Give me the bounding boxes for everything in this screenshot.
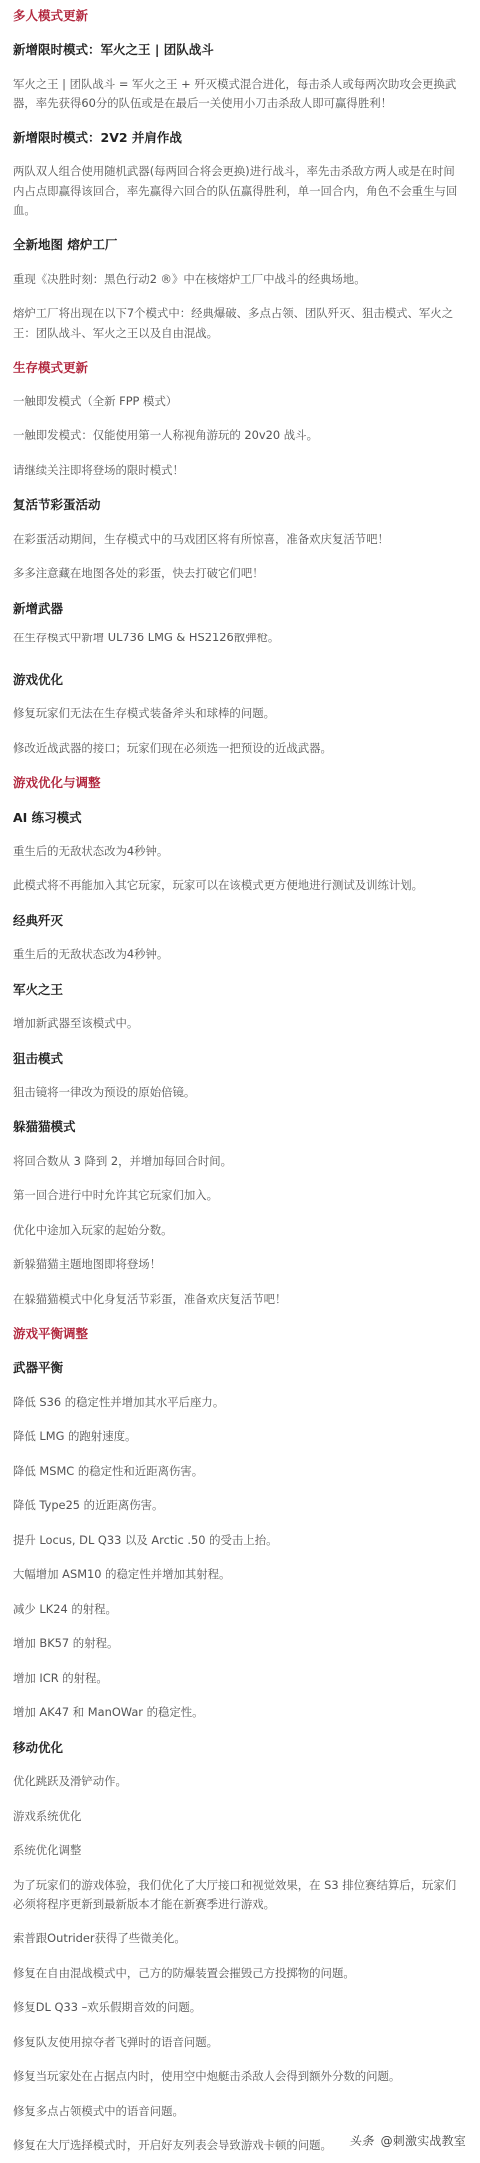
paragraph: 两队双人组合使用随机武器(每两回合将会更换)进行战斗，率先击杀敌方两人或是在时间… xyxy=(13,162,463,221)
paragraph: 优化中途加入玩家的起始分数。 xyxy=(13,1221,463,1241)
paragraph: 减少 LK24 的射程。 xyxy=(13,1600,463,1620)
subheading: 新增限时模式：军火之王 | 团队战斗 xyxy=(13,40,463,60)
section-title-multiplayer: 多人模式更新 xyxy=(13,6,463,26)
paragraph: 军火之王 | 团队战斗 = 军火之王 + 歼灭模式混合进化，每击杀人或每两次助攻… xyxy=(13,75,463,114)
section-title-survival: 生存模式更新 xyxy=(13,358,463,378)
paragraph: 修复队友使用掠夺者飞弹时的语音问题。 xyxy=(13,2033,463,2053)
subheading: 军火之王 xyxy=(13,980,463,1000)
subheading: 狙击模式 xyxy=(13,1049,463,1069)
watermark: 头条 @刺激实战教室 xyxy=(349,2132,466,2149)
subheading: AI 练习模式 xyxy=(13,808,463,828)
paragraph: 提升 Locus, DL Q33 以及 Arctic .50 的受击上抬。 xyxy=(13,1531,463,1551)
paragraph: 降低 Type25 的近距离伤害。 xyxy=(13,1496,463,1516)
paragraph: 增加 BK57 的射程。 xyxy=(13,1634,463,1654)
paragraph: 重生后的无敌状态改为4秒钟。 xyxy=(13,842,463,862)
paragraph: 增加新武器至该模式中。 xyxy=(13,1014,463,1034)
paragraph: 重现《决胜时刻：黑色行动2 ®》中在核熔炉工厂中战斗的经典场地。 xyxy=(13,270,463,290)
paragraph: 一触即发模式（全新 FPP 模式） xyxy=(13,392,463,412)
paragraph: 修复多点占领模式中的语音问题。 xyxy=(13,2102,463,2122)
paragraph: 增加 AK47 和 ManOWar 的稳定性。 xyxy=(13,1703,463,1723)
paragraph: 修复在自由混战模式中，己方的防爆装置会摧毁己方投掷物的问题。 xyxy=(13,1964,463,1984)
paragraph: 请继续关注即将登场的限时模式！ xyxy=(13,461,463,481)
subheading: 全新地图 熔炉工厂 xyxy=(13,235,463,255)
paragraph: 熔炉工厂将出现在以下7个模式中：经典爆破、多点占领、团队歼灭、狙击模式、军火之王… xyxy=(13,304,463,343)
section-title-balance: 游戏平衡调整 xyxy=(13,1324,463,1344)
paragraph: 增加 ICR 的射程。 xyxy=(13,1669,463,1689)
paragraph: 系统优化调整 xyxy=(13,1841,463,1861)
paragraph: 降低 LMG 的跑射速度。 xyxy=(13,1427,463,1447)
paragraph: 修复玩家们无法在生存模式装备斧头和球棒的问题。 xyxy=(13,704,463,724)
paragraph: 狙击镜将一律改为预设的原始倍镜。 xyxy=(13,1083,463,1103)
paragraph: 修改近战武器的接口；玩家们现在必须选一把预设的近战武器。 xyxy=(13,739,463,759)
paragraph: 修复DL Q33 –欢乐假期音效的问题。 xyxy=(13,1998,463,2018)
subheading: 移动优化 xyxy=(13,1738,463,1758)
paragraph: 降低 S36 的稳定性并增加其水平后座力。 xyxy=(13,1393,463,1413)
subheading: 经典歼灭 xyxy=(13,911,463,931)
subheading: 新增武器 xyxy=(13,599,463,619)
subheading: 武器平衡 xyxy=(13,1358,463,1378)
paragraph: 第一回合进行中时允许其它玩家们加入。 xyxy=(13,1186,463,1206)
paragraph: 一触即发模式：仅能使用第一人称视角游玩的 20v20 战斗。 xyxy=(13,426,463,446)
section-title-optimization: 游戏优化与调整 xyxy=(13,773,463,793)
subheading: 游戏优化 xyxy=(13,670,463,690)
subheading: 新增限时模式：2V2 并肩作战 xyxy=(13,128,463,148)
paragraph: 优化跳跃及滑铲动作。 xyxy=(13,1772,463,1792)
toutiao-logo: 头条 xyxy=(349,2134,373,2148)
paragraph: 为了玩家们的游戏体验，我们优化了大厅接口和视觉效果，在 S3 排位赛结算后，玩家… xyxy=(13,1876,463,1915)
watermark-handle: @刺激实战教室 xyxy=(381,2134,466,2148)
paragraph: 多多注意藏在地图各处的彩蛋，快去打破它们吧！ xyxy=(13,564,463,584)
paragraph-clipped: 在生存模式中新增 UL736 LMG & HS2126散弹枪。 xyxy=(13,633,463,653)
paragraph: 修复当玩家处在占据点内时，使用空中炮艇击杀敌人会得到额外分数的问题。 xyxy=(13,2067,463,2087)
paragraph: 大幅增加 ASM10 的稳定性并增加其射程。 xyxy=(13,1565,463,1585)
subheading: 躲猫猫模式 xyxy=(13,1117,463,1137)
paragraph-clipped-text: 在生存模式中新增 UL736 LMG & HS2126散弹枪。 xyxy=(13,633,463,644)
paragraph: 降低 MSMC 的稳定性和近距离伤害。 xyxy=(13,1462,463,1482)
paragraph: 重生后的无敌状态改为4秒钟。 xyxy=(13,945,463,965)
paragraph: 在彩蛋活动期间，生存模式中的马戏团区将有所惊喜，准备欢庆复活节吧！ xyxy=(13,530,463,550)
paragraph: 将回合数从 3 降到 2，并增加每回合时间。 xyxy=(13,1152,463,1172)
paragraph: 游戏系统优化 xyxy=(13,1807,463,1827)
paragraph: 索普跟Outrider获得了些微美化。 xyxy=(13,1929,463,1949)
paragraph: 此模式将不再能加入其它玩家，玩家可以在该模式更方便地进行测试及训练计划。 xyxy=(13,876,463,896)
article-body: 多人模式更新 新增限时模式：军火之王 | 团队战斗 军火之王 | 团队战斗 = … xyxy=(13,6,463,2163)
paragraph: 在躲猫猫模式中化身复活节彩蛋，准备欢庆复活节吧！ xyxy=(13,1290,463,1310)
subheading: 复活节彩蛋活动 xyxy=(13,495,463,515)
paragraph: 新躲猫猫主题地图即将登场！ xyxy=(13,1255,463,1275)
